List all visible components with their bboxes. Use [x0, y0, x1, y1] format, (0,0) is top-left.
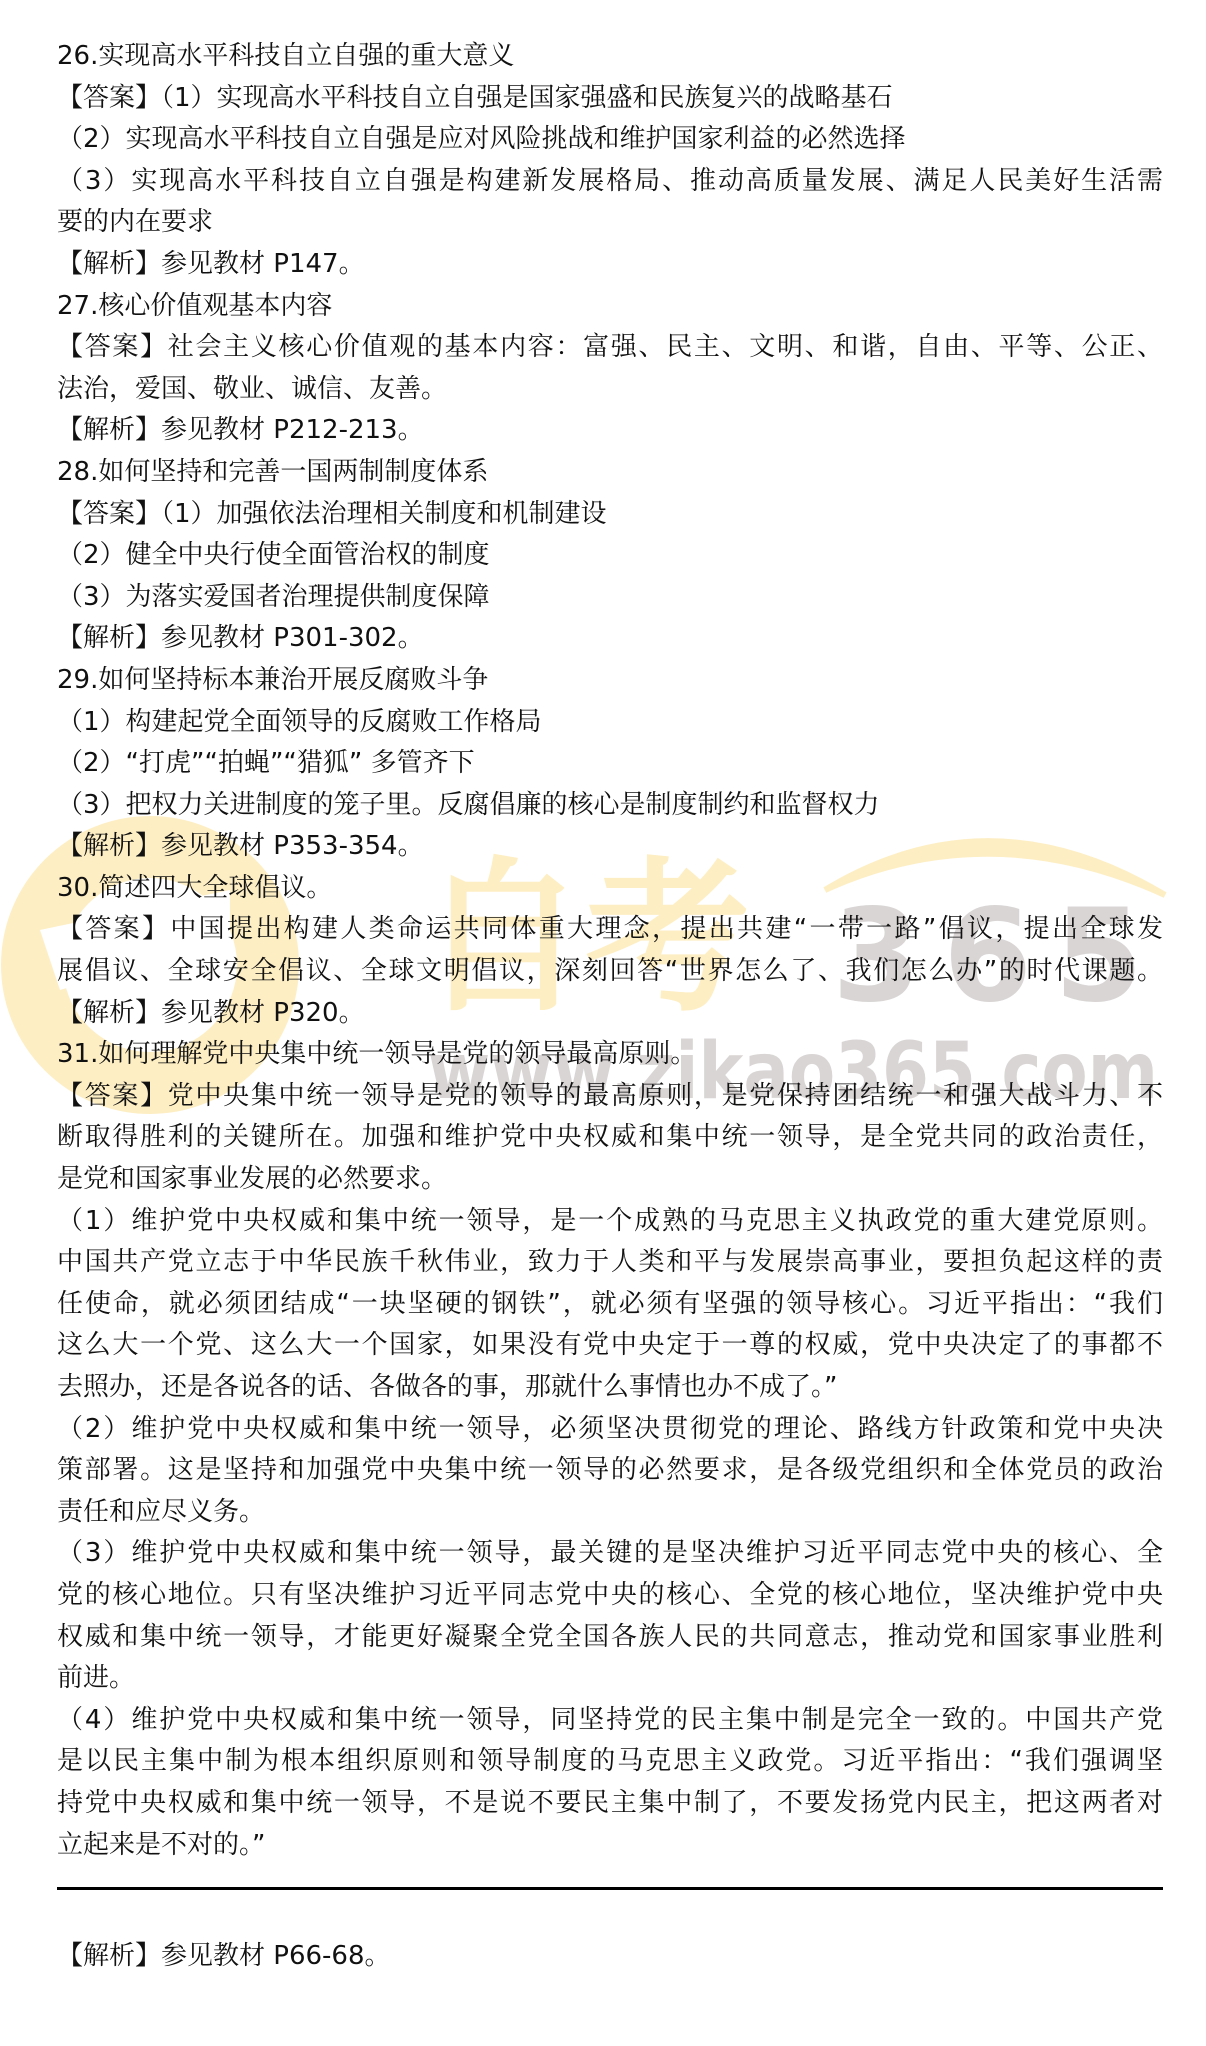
answer-line: 是以民主集中制为根本组织原则和领导制度的马克思主义政党。习近平指出：“我们强调坚	[57, 1741, 1163, 1783]
answer-line: （3）实现高水平科技自立自强是构建新发展格局、推动高质量发展、满足人民美好生活需	[57, 161, 1163, 203]
analysis-line: 【解析】参见教材 P212-213。	[57, 410, 1163, 452]
answer-line: 【答案】（1）加强依法治理相关制度和机制建设	[57, 494, 1163, 536]
question-section: 29.如何坚持标本兼治开展反腐败斗争（1）构建起党全面领导的反腐败工作格局（2）…	[57, 660, 1163, 868]
question-title: 28.如何坚持和完善一国两制制度体系	[57, 452, 1163, 494]
answer-line: （4）维护党中央权威和集中统一领导，同坚持党的民主集中制是完全一致的。中国共产党	[57, 1700, 1163, 1742]
answer-line: 策部署。这是坚持和加强党中央集中统一领导的必然要求，是各级党组织和全体党员的政治	[57, 1450, 1163, 1492]
answer-line: 党的核心地位。只有坚决维护习近平同志党中央的核心、全党的核心地位，坚决维护党中央	[57, 1575, 1163, 1617]
answer-line: 任使命，就必须团结成“一块坚硬的钢铁”，就必须有坚强的领导核心。习近平指出：“我…	[57, 1284, 1163, 1326]
analysis-line: 【解析】参见教材 P301-302。	[57, 618, 1163, 660]
answer-line: 持党中央权威和集中统一领导，不是说不要民主集中制了，不要发扬党内民主，把这两者对	[57, 1783, 1163, 1825]
analysis-line: 【解析】参见教材 P147。	[57, 244, 1163, 286]
answer-line: （3）把权力关进制度的笼子里。反腐倡廉的核心是制度制约和监督权力	[57, 785, 1163, 827]
answer-line: 立起来是不对的。”	[57, 1825, 1163, 1867]
answer-line: 中国共产党立志于中华民族千秋伟业，致力于人类和平与发展崇高事业，要担负起这样的责	[57, 1242, 1163, 1284]
answer-line: 这么大一个党、这么大一个国家，如果没有党中央定于一尊的权威，党中央决定了的事都不	[57, 1325, 1163, 1367]
question-title: 30.简述四大全球倡议。	[57, 868, 1163, 910]
answer-line: （2）健全中央行使全面管治权的制度	[57, 535, 1163, 577]
question-title: 26.实现高水平科技自立自强的重大意义	[57, 36, 1163, 78]
question-section: 30.简述四大全球倡议。【答案】中国提出构建人类命运共同体重大理念，提出共建“一…	[57, 868, 1163, 1034]
answer-line: （2）“打虎”“拍蝇”“猎狐” 多管齐下	[57, 743, 1163, 785]
answer-line: 断取得胜利的关键所在。加强和维护党中央权威和集中统一领导，是全党共同的政治责任，	[57, 1117, 1163, 1159]
analysis-line: 【解析】参见教材 P320。	[57, 993, 1163, 1035]
answer-line: 是党和国家事业发展的必然要求。	[57, 1159, 1163, 1201]
question-section: 26.实现高水平科技自立自强的重大意义【答案】（1）实现高水平科技自立自强是国家…	[57, 36, 1163, 286]
question-section: 28.如何坚持和完善一国两制制度体系【答案】（1）加强依法治理相关制度和机制建设…	[57, 452, 1163, 660]
answer-line: 去照办，还是各说各的话、各做各的事，那就什么事情也办不成了。”	[57, 1367, 1163, 1409]
answer-line: （1）维护党中央权威和集中统一领导，是一个成熟的马克思主义执政党的重大建党原则。	[57, 1201, 1163, 1243]
answer-line: 【答案】（1）实现高水平科技自立自强是国家强盛和民族复兴的战略基石	[57, 78, 1163, 120]
qa-content: 26.实现高水平科技自立自强的重大意义【答案】（1）实现高水平科技自立自强是国家…	[57, 36, 1163, 1866]
answer-line: 前进。	[57, 1658, 1163, 1700]
answer-line: （2）维护党中央权威和集中统一领导，必须坚决贯彻党的理论、路线方针政策和党中央决	[57, 1409, 1163, 1451]
analysis-line: 【解析】参见教材 P353-354。	[57, 826, 1163, 868]
answer-line: （3）为落实爱国者治理提供制度保障	[57, 577, 1163, 619]
final-analysis: 【解析】参见教材 P66-68。	[57, 1936, 391, 1978]
answer-line: 要的内在要求	[57, 202, 1163, 244]
answer-line: （2）实现高水平科技自立自强是应对风险挑战和维护国家利益的必然选择	[57, 119, 1163, 161]
answer-line: 法治，爱国、敬业、诚信、友善。	[57, 369, 1163, 411]
answer-line: 【答案】党中央集中统一领导是党的领导的最高原则，是党保持团结统一和强大战斗力、不	[57, 1076, 1163, 1118]
question-title: 27.核心价值观基本内容	[57, 286, 1163, 328]
answer-line: （3）维护党中央权威和集中统一领导，最关键的是坚决维护习近平同志党中央的核心、全	[57, 1533, 1163, 1575]
answer-line: 权威和集中统一领导，才能更好凝聚全党全国各族人民的共同意志，推动党和国家事业胜利	[57, 1617, 1163, 1659]
question-title: 31.如何理解党中央集中统一领导是党的领导最高原则。	[57, 1034, 1163, 1076]
answer-line: 【答案】社会主义核心价值观的基本内容：富强、民主、文明、和谐，自由、平等、公正、	[57, 327, 1163, 369]
document-page: 自考 365 www.zikao365.com 26.实现高水平科技自立自强的重…	[0, 0, 1206, 2046]
footnote-divider	[57, 1887, 1163, 1890]
answer-line: 【答案】中国提出构建人类命运共同体重大理念，提出共建“一带一路”倡议，提出全球发	[57, 909, 1163, 951]
answer-line: 责任和应尽义务。	[57, 1492, 1163, 1534]
answer-line: （1）构建起党全面领导的反腐败工作格局	[57, 702, 1163, 744]
question-title: 29.如何坚持标本兼治开展反腐败斗争	[57, 660, 1163, 702]
question-section: 27.核心价值观基本内容【答案】社会主义核心价值观的基本内容：富强、民主、文明、…	[57, 286, 1163, 452]
answer-line: 展倡议、全球安全倡议、全球文明倡议，深刻回答“世界怎么了、我们怎么办”的时代课题…	[57, 951, 1163, 993]
question-section: 31.如何理解党中央集中统一领导是党的领导最高原则。【答案】党中央集中统一领导是…	[57, 1034, 1163, 1866]
